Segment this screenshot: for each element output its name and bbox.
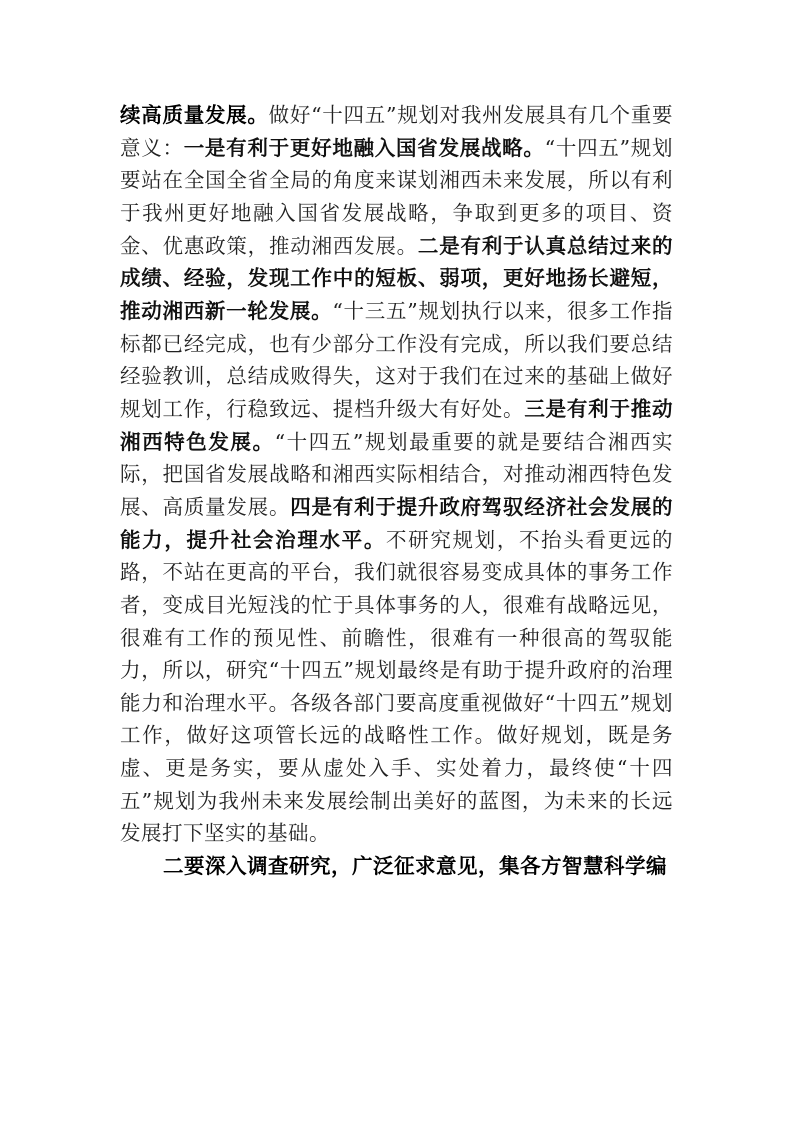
paragraph-planning-significance: 续高质量发展。做好“十四五”规划对我州发展具有几个重要意义：一是有利于更好地融入… (120, 99, 673, 850)
paragraph-section-two: 二要深入调查研究，广泛征求意见，集各方智慧科学编 (120, 850, 673, 883)
body-text: 不研究规划，不抬头看更远的路，不站在更高的平台，我们就很容易变成具体的事务工作者… (120, 528, 673, 846)
point-one-heading: 一是有利于更好地融入国省发展战略。 (184, 136, 545, 160)
heading-continuation: 续高质量发展。 (120, 103, 269, 127)
document-page: 续高质量发展。做好“十四五”规划对我州发展具有几个重要意义：一是有利于更好地融入… (120, 99, 673, 883)
section-two-heading: 二要深入调查研究，广泛征求意见，集各方智慧科学编 (163, 854, 667, 878)
